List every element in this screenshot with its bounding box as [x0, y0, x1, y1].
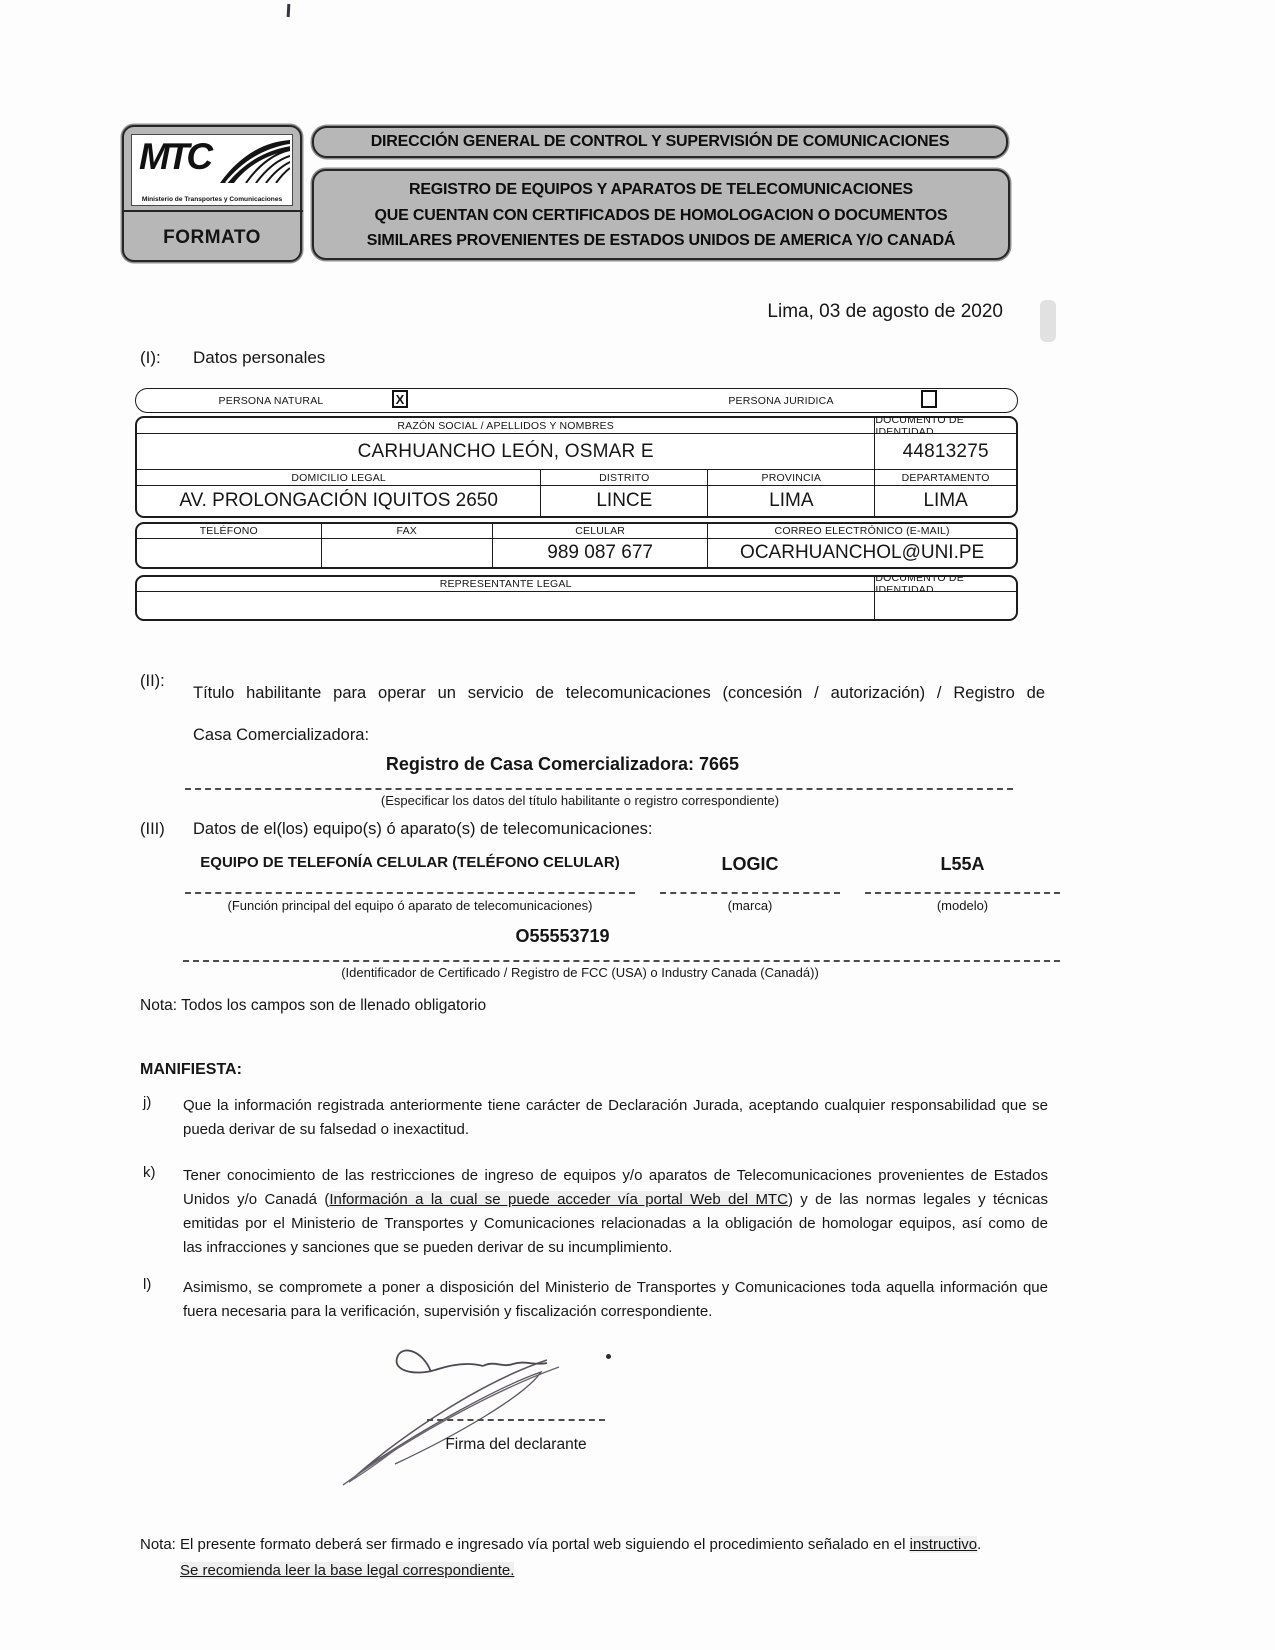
base-legal-link[interactable]: Se recomienda leer la base legal corresp… [180, 1562, 514, 1579]
item-l-letter: l) [143, 1276, 151, 1293]
documento-label: DOCUMENTO DE IDENTIDAD [875, 418, 1016, 433]
item-j-line-1: Que la información registrada anteriorme… [183, 1094, 1048, 1118]
documento2-label: DOCUMENTO DE IDENTIDAD [875, 577, 1016, 591]
item-k-line-4: las infracciones y sanciones que se pued… [183, 1236, 1048, 1260]
mtc-ministry-label: Ministerio de Transportes y Comunicacion… [132, 196, 292, 203]
item-k-line-1: Tener conocimiento de las restricciones … [183, 1164, 1048, 1188]
item-k-line-2-pre: Unidos y/o Canadá ( [183, 1191, 329, 1208]
item-k-line-3: emitidas por el Ministerio de Transporte… [183, 1212, 1048, 1236]
persona-natural-label: PERSONA NATURAL [171, 389, 371, 412]
titulo-rule [185, 788, 1013, 790]
equipment-row: EQUIPO DE TELEFONÍA CELULAR (TELÉFONO CE… [185, 854, 1060, 913]
section-1-index: (I): [140, 348, 193, 368]
persona-natural-checkbox[interactable]: X [392, 390, 408, 408]
certificate-rule [183, 960, 1060, 962]
correo-value: OCARHUANCHOL@UNI.PE [708, 539, 1016, 567]
equipment-function-value: EQUIPO DE TELEFONÍA CELULAR (TELÉFONO CE… [185, 854, 635, 894]
nota-campos: Nota: Todos los campos son de llenado ob… [140, 997, 486, 1015]
distrito-value: LINCE [541, 486, 708, 516]
registro-title-line-3: SIMILARES PROVENIENTES DE ESTADOS UNIDOS… [367, 228, 956, 254]
section-1-heading: (I): Datos personales [140, 348, 740, 368]
equipment-function-col: EQUIPO DE TELEFONÍA CELULAR (TELÉFONO CE… [185, 854, 635, 913]
domicilio-value: AV. PROLONGACIÓN IQUITOS 2650 [137, 486, 541, 516]
identity-table: RAZÓN SOCIAL / APELLIDOS Y NOMBRES DOCUM… [135, 416, 1018, 518]
section-3-heading: (III) Datos de el(los) equipo(s) ó apara… [140, 820, 1045, 839]
representante-label: REPRESENTANTE LEGAL [137, 577, 875, 591]
nota-final: Nota: El presente formato deberá ser fir… [140, 1532, 1055, 1584]
signature-image [335, 1336, 593, 1486]
persona-type-row: PERSONA NATURAL X PERSONA JURIDICA [135, 388, 1018, 413]
departamento-label: DEPARTAMENTO [875, 470, 1016, 485]
equipment-brand-col: LOGIC (marca) [660, 854, 840, 913]
provincia-label: PROVINCIA [708, 470, 875, 485]
nota-final-line-1: Nota: El presente formato deberá ser fir… [140, 1532, 1055, 1558]
mtc-swoosh-icon [218, 137, 290, 183]
section-2: (II): Título habilitante para operar un … [140, 672, 1045, 756]
registro-casa-value: Registro de Casa Comercializadora: 7665 [140, 754, 985, 775]
section-2-index: (II): [140, 672, 165, 691]
manifiesta-item-k: k) Tener conocimiento de las restriccion… [143, 1164, 1053, 1260]
scan-artifact-mark [287, 4, 291, 17]
provincia-value: LIMA [708, 486, 875, 516]
registro-title-line-2: QUE CUENTAN CON CERTIFICADOS DE HOMOLOGA… [375, 203, 948, 229]
signature-pen-dot [606, 1354, 611, 1359]
documento-value: 44813275 [875, 434, 1016, 469]
item-k-letter: k) [143, 1164, 156, 1181]
registro-title-box: REGISTRO DE EQUIPOS Y APARATOS DE TELECO… [312, 169, 1010, 260]
item-j-letter: j) [143, 1094, 151, 1111]
nota-final-line-1-text: Nota: El presente formato deberá ser fir… [140, 1536, 910, 1553]
formato-label: FORMATO [163, 227, 261, 249]
correo-label: CORREO ELECTRÓNICO (E-MAIL) [708, 524, 1016, 538]
manifiesta-title: MANIFIESTA: [140, 1061, 242, 1079]
equipment-model-value: L55A [865, 854, 1060, 894]
nota-final-line-1-period: . [977, 1536, 981, 1553]
instructivo-link[interactable]: instructivo [910, 1536, 978, 1553]
persona-juridica-label: PERSONA JURIDICA [676, 389, 886, 412]
equipment-model-caption: (modelo) [865, 898, 1060, 913]
signature-caption: Firma del declarante [427, 1436, 605, 1454]
domicilio-label: DOMICILIO LEGAL [137, 470, 541, 485]
equipment-function-caption: (Función principal del equipo ó aparato … [185, 898, 635, 913]
manifiesta-item-l: l) Asimismo, se compromete a poner a dis… [143, 1276, 1053, 1324]
documento2-value [875, 592, 1016, 619]
mtc-logo-text: MTC [139, 136, 210, 178]
item-k-line-2-post: ) y de las normas legales y técnicas [788, 1191, 1048, 1208]
representante-value [137, 592, 875, 619]
representative-table: REPRESENTANTE LEGAL DOCUMENTO DE IDENTID… [135, 575, 1018, 621]
scan-artifact-smudge [1040, 300, 1056, 342]
section-1-title: Datos personales [193, 348, 325, 368]
scanned-form-page: MTC Ministerio de Transportes y Comunica… [0, 0, 1275, 1650]
fax-value [322, 539, 493, 567]
razon-social-label: RAZÓN SOCIAL / APELLIDOS Y NOMBRES [137, 418, 875, 433]
celular-value: 989 087 677 [493, 539, 708, 567]
telefono-value [137, 539, 322, 567]
section-3-index: (III) [140, 820, 193, 839]
direction-title: DIRECCIÓN GENERAL DE CONTROL Y SUPERVISI… [371, 133, 950, 151]
date-line: Lima, 03 de agosto de 2020 [140, 301, 1003, 323]
certificate-id-value: O55553719 [140, 926, 985, 947]
formato-section: FORMATO [122, 210, 303, 264]
mtc-web-portal-link[interactable]: Información a la cual se puede acceder v… [329, 1191, 788, 1208]
departamento-value: LIMA [875, 486, 1016, 516]
item-l-line-1: Asimismo, se compromete a poner a dispos… [183, 1276, 1048, 1300]
equipment-brand-value: LOGIC [660, 854, 840, 894]
manifiesta-item-j: j) Que la información registrada anterio… [143, 1094, 1053, 1142]
item-k-line-2: Unidos y/o Canadá (Información a la cual… [183, 1188, 1048, 1212]
titulo-caption: (Especificar los datos del título habili… [140, 793, 1020, 808]
equipment-model-col: L55A (modelo) [865, 854, 1060, 913]
mtc-logo: MTC Ministerio de Transportes y Comunica… [131, 134, 293, 206]
razon-social-value: CARHUANCHO LEÓN, OSMAR E [137, 434, 875, 469]
equipment-brand-caption: (marca) [660, 898, 840, 913]
item-j-line-2: pueda derivar de su falsedad o inexactit… [183, 1118, 1048, 1142]
section-2-text-line-2: Casa Comercializadora: [193, 714, 1045, 756]
distrito-label: DISTRITO [541, 470, 708, 485]
mtc-formato-box: MTC Ministerio de Transportes y Comunica… [122, 125, 302, 262]
item-l-line-2: fuera necesaria para la verificación, su… [183, 1300, 1048, 1324]
section-3-title: Datos de el(los) equipo(s) ó aparato(s) … [193, 820, 653, 839]
signature-rule [427, 1419, 605, 1421]
persona-juridica-checkbox[interactable] [921, 390, 937, 408]
direction-title-box: DIRECCIÓN GENERAL DE CONTROL Y SUPERVISI… [312, 126, 1008, 158]
telefono-label: TELÉFONO [137, 524, 322, 538]
fax-label: FAX [322, 524, 493, 538]
section-2-text-line-1: Título habilitante para operar un servic… [193, 672, 1045, 714]
registro-title-line-1: REGISTRO DE EQUIPOS Y APARATOS DE TELECO… [409, 177, 913, 203]
contact-table: TELÉFONO FAX CELULAR CORREO ELECTRÓNICO … [135, 522, 1018, 569]
certificate-caption: (Identificador de Certificado / Registro… [140, 965, 1020, 980]
nota-final-line-2: Se recomienda leer la base legal corresp… [180, 1558, 1055, 1584]
celular-label: CELULAR [493, 524, 708, 538]
